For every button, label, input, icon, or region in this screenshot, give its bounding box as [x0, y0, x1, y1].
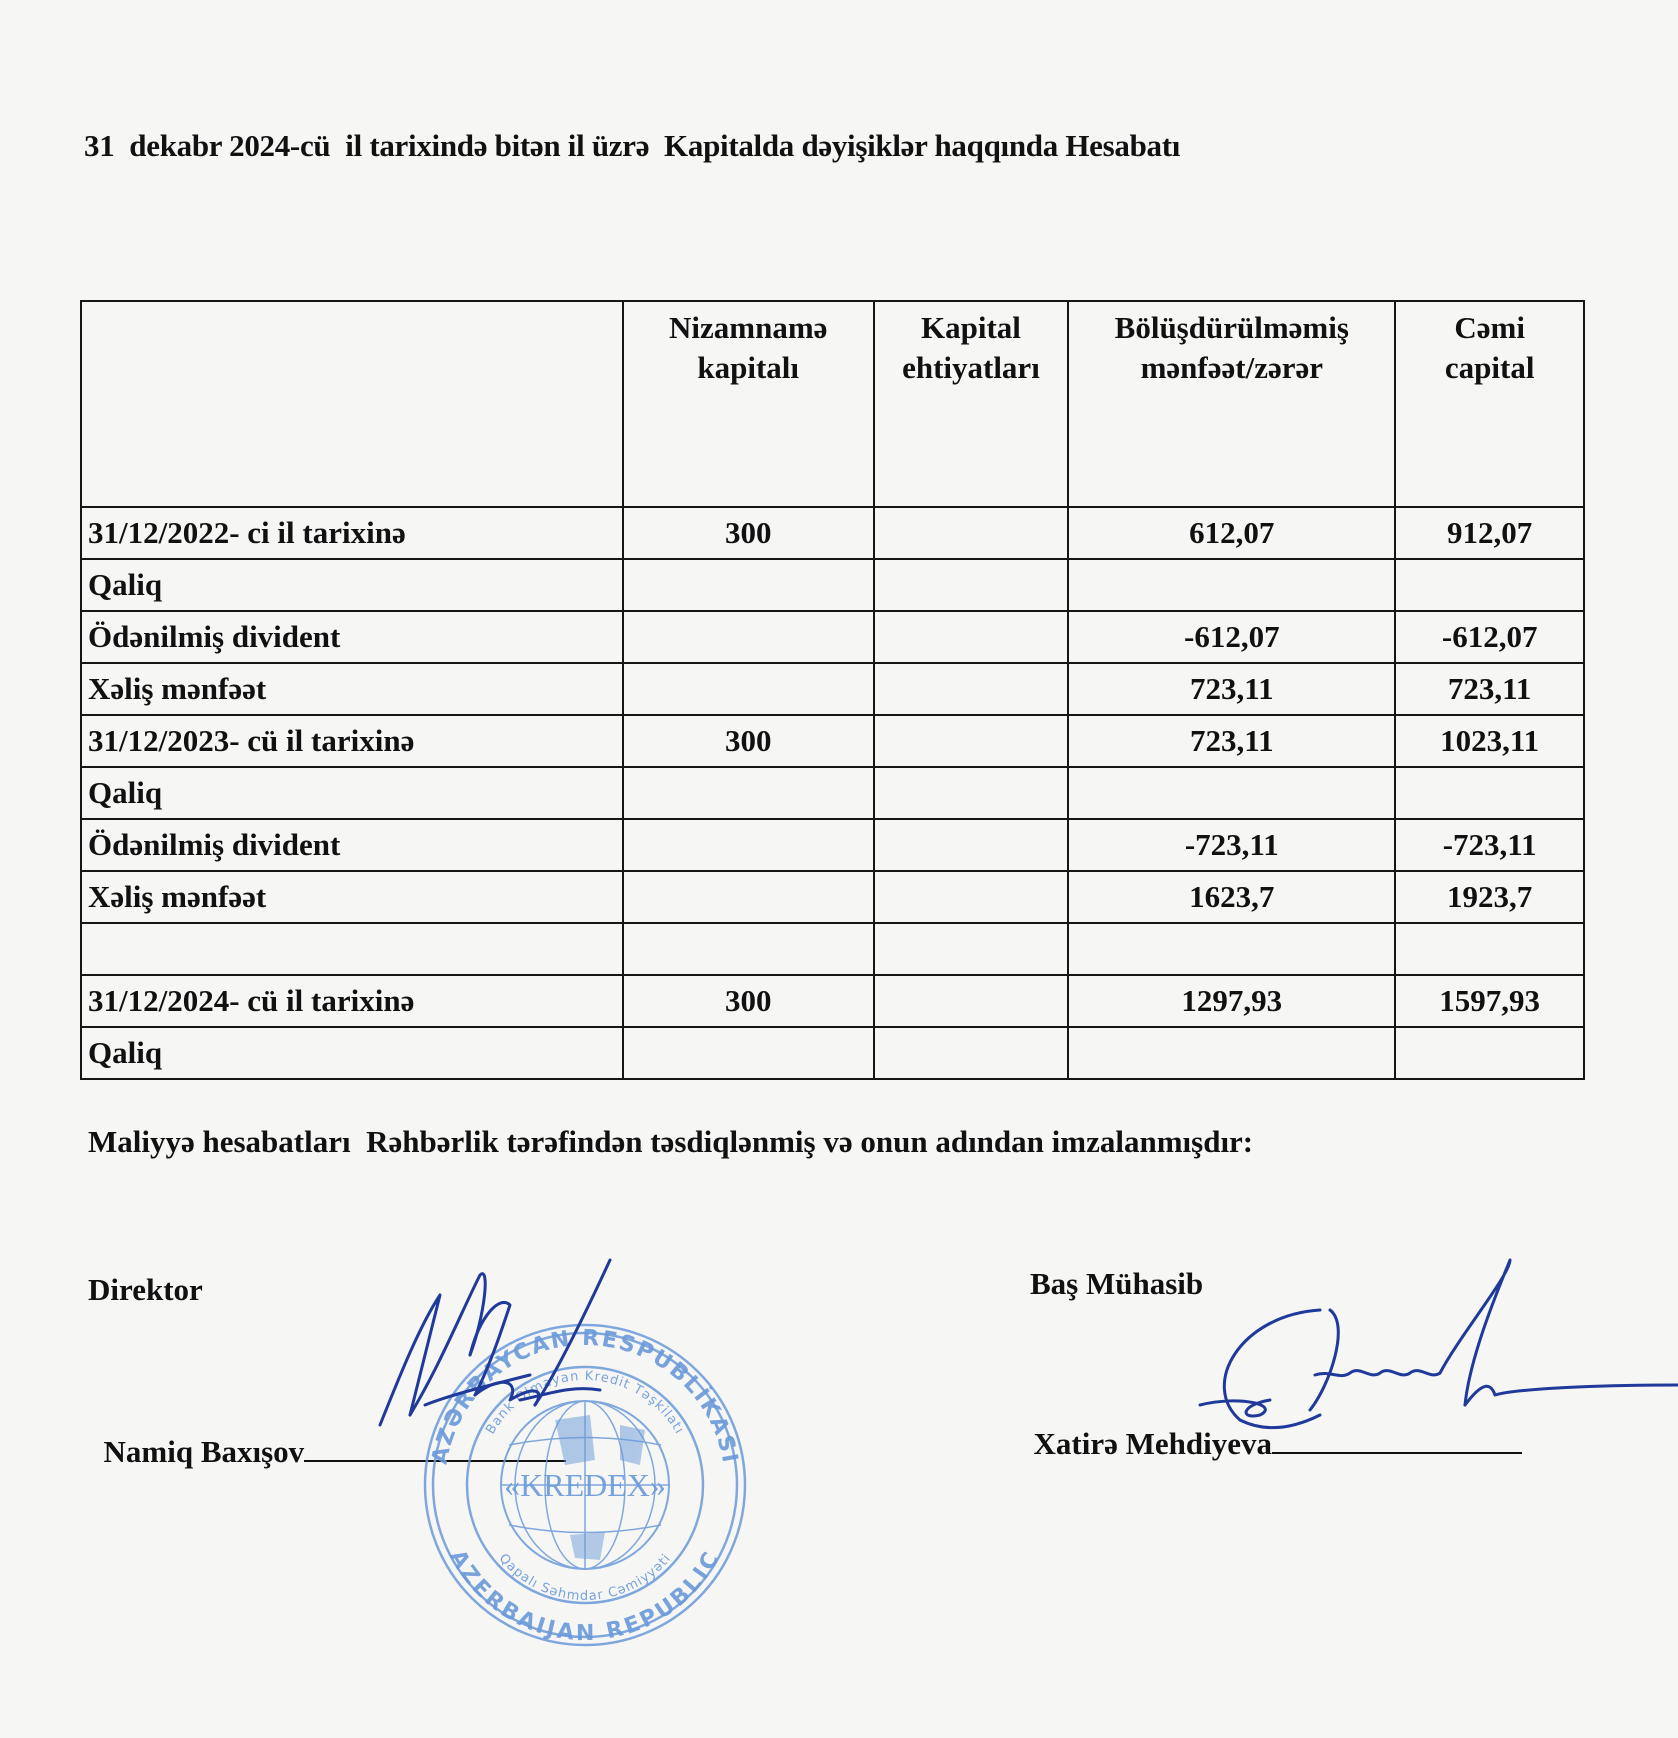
column-header-0 [81, 301, 623, 507]
cell-value [874, 715, 1069, 767]
chief-accountant-signature [1180, 1255, 1678, 1435]
cell-value: 1623,7 [1068, 871, 1395, 923]
table-row: 31/12/2024- cü il tarixinə3001297,931597… [81, 975, 1584, 1027]
row-label: Ödənilmiş divident [81, 819, 623, 871]
table-body: 31/12/2022- ci il tarixinə300612,07912,0… [81, 507, 1584, 1079]
cell-value [1068, 767, 1395, 819]
cell-value [1068, 1027, 1395, 1079]
cell-value: 612,07 [1068, 507, 1395, 559]
cell-value [874, 1027, 1069, 1079]
cell-value [1068, 559, 1395, 611]
column-header-line: Cəmi [1402, 308, 1577, 348]
column-header-line: capital [1402, 348, 1577, 388]
cell-value [623, 923, 874, 975]
row-label: 31/12/2023- cü il tarixinə [81, 715, 623, 767]
cell-value: -612,07 [1068, 611, 1395, 663]
row-label [81, 923, 623, 975]
cell-value [874, 767, 1069, 819]
column-header-line: ehtiyatları [881, 348, 1062, 388]
cell-value: 1923,7 [1395, 871, 1584, 923]
cell-value: 723,11 [1068, 715, 1395, 767]
cell-value: -723,11 [1395, 819, 1584, 871]
cell-value [623, 663, 874, 715]
table-header-row: NizamnaməkapitalıKapitalehtiyatlarıBölüş… [81, 301, 1584, 507]
table-row: Ödənilmiş divident-612,07-612,07 [81, 611, 1584, 663]
column-header-3: Bölüşdürülməmişmənfəət/zərər [1068, 301, 1395, 507]
approval-statement: Maliyyə hesabatları Rəhbərlik tərəfindən… [88, 1124, 1253, 1160]
row-label: 31/12/2024- cü il tarixinə [81, 975, 623, 1027]
cell-value [1395, 1027, 1584, 1079]
row-label: 31/12/2022- ci il tarixinə [81, 507, 623, 559]
cell-value [874, 507, 1069, 559]
cell-value: 300 [623, 975, 874, 1027]
cell-value [874, 871, 1069, 923]
table-row: Qaliq [81, 767, 1584, 819]
table-row: Qaliq [81, 559, 1584, 611]
cell-value [1395, 923, 1584, 975]
director-signature [370, 1255, 650, 1435]
director-name: Namiq Baxışov [104, 1434, 305, 1469]
equity-changes-table: NizamnaməkapitalıKapitalehtiyatlarıBölüş… [80, 300, 1585, 1080]
table-row: Xəliş mənfəət1623,71923,7 [81, 871, 1584, 923]
cell-value: 300 [623, 715, 874, 767]
table-row: 31/12/2023- cü il tarixinə300723,111023,… [81, 715, 1584, 767]
director-title: Direktor [88, 1272, 203, 1308]
cell-value: 1597,93 [1395, 975, 1584, 1027]
column-header-line: mənfəət/zərər [1075, 348, 1388, 388]
cell-value [1395, 559, 1584, 611]
cell-value: 723,11 [1395, 663, 1584, 715]
cell-value: 912,07 [1395, 507, 1584, 559]
report-title: 31 dekabr 2024-cü il tarixində bitən il … [84, 128, 1180, 164]
cell-value [623, 611, 874, 663]
cell-value: -723,11 [1068, 819, 1395, 871]
cell-value [623, 559, 874, 611]
cell-value [623, 819, 874, 871]
cell-value [623, 871, 874, 923]
cell-value: 300 [623, 507, 874, 559]
table-row: Ödənilmiş divident-723,11-723,11 [81, 819, 1584, 871]
cell-value: 1023,11 [1395, 715, 1584, 767]
cell-value [623, 1027, 874, 1079]
table-row: Qaliq [81, 1027, 1584, 1079]
chief-accountant-signature-line [1272, 1452, 1522, 1454]
cell-value [874, 975, 1069, 1027]
row-label: Ödənilmiş divident [81, 611, 623, 663]
column-header-1: Nizamnaməkapitalı [623, 301, 874, 507]
row-label: Xəliş mənfəət [81, 663, 623, 715]
row-label: Qaliq [81, 559, 623, 611]
cell-value [874, 663, 1069, 715]
row-label: Qaliq [81, 1027, 623, 1079]
cell-value [874, 611, 1069, 663]
cell-value [874, 819, 1069, 871]
table-row [81, 923, 1584, 975]
column-header-line: Kapital [881, 308, 1062, 348]
chief-accountant-title: Baş Mühasib [1030, 1266, 1203, 1302]
cell-value [1395, 767, 1584, 819]
cell-value: 723,11 [1068, 663, 1395, 715]
column-header-line: Bölüşdürülməmiş [1075, 308, 1388, 348]
cell-value [874, 559, 1069, 611]
row-label: Qaliq [81, 767, 623, 819]
column-header-4: Cəmicapital [1395, 301, 1584, 507]
table-row: Xəliş mənfəət723,11723,11 [81, 663, 1584, 715]
cell-value: 1297,93 [1068, 975, 1395, 1027]
cell-value [1068, 923, 1395, 975]
cell-value [623, 767, 874, 819]
column-header-line: Nizamnamə [630, 308, 867, 348]
cell-value: -612,07 [1395, 611, 1584, 663]
column-header-line: kapitalı [630, 348, 867, 388]
table-row: 31/12/2022- ci il tarixinə300612,07912,0… [81, 507, 1584, 559]
column-header-2: Kapitalehtiyatları [874, 301, 1069, 507]
cell-value [874, 923, 1069, 975]
stamp-center-text: «KREDEX» [504, 1467, 666, 1503]
row-label: Xəliş mənfəət [81, 871, 623, 923]
